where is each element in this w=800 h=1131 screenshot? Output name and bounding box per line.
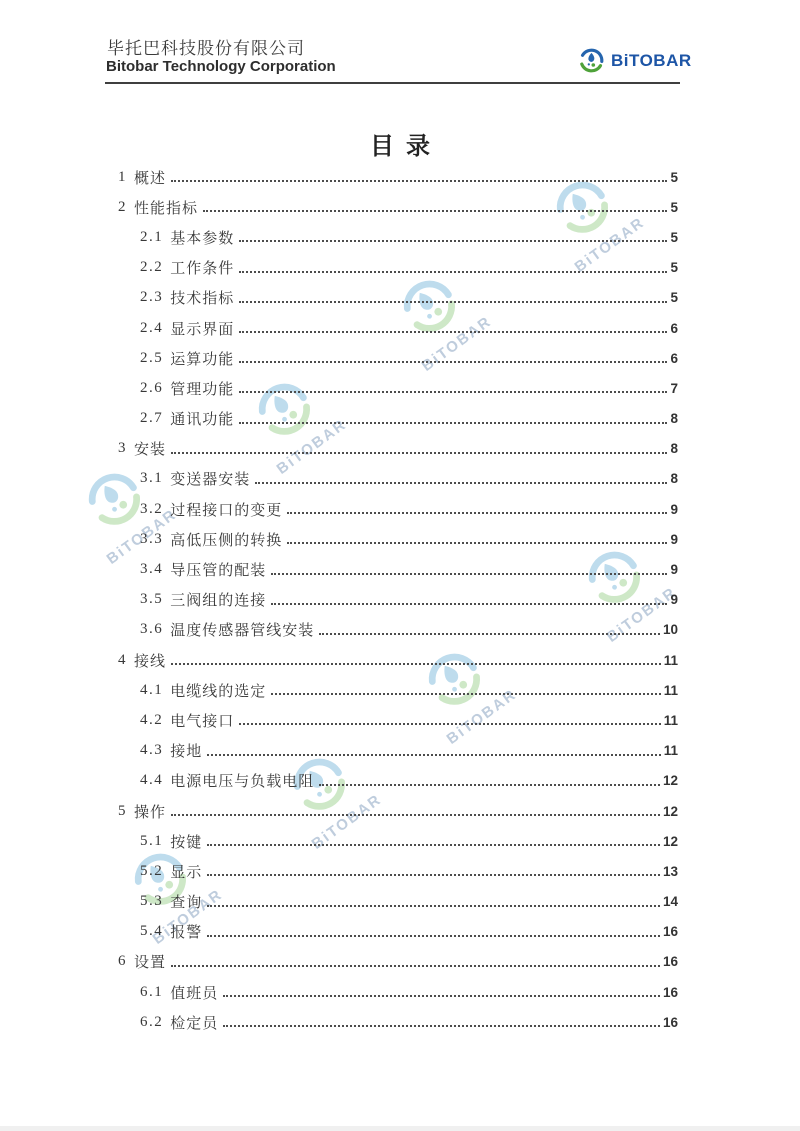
bitobar-logo-icon	[578, 47, 605, 74]
toc-entry-title: 按键	[170, 831, 202, 852]
toc-entry-number: 2.3	[140, 289, 163, 306]
toc-entry: 5.2 显示 13	[118, 856, 678, 886]
toc-title: 目 录	[0, 126, 800, 161]
toc-entry: 2.7 通讯功能 8	[118, 404, 678, 434]
dot-leader	[171, 180, 667, 182]
page-number: 11	[664, 653, 678, 668]
toc-entry-title: 性能指标	[134, 197, 198, 218]
dot-leader	[271, 603, 667, 605]
page-number: 7	[670, 381, 678, 396]
page-number: 5	[670, 260, 678, 275]
toc-entry-number: 3.3	[140, 531, 163, 548]
page-number: 9	[670, 592, 678, 607]
toc-entry-title: 概述	[134, 167, 166, 188]
toc-entry-number: 2.5	[140, 350, 163, 367]
page-number: 12	[663, 804, 678, 819]
toc-entry-number: 2.1	[140, 229, 163, 246]
dot-leader	[207, 905, 660, 907]
page-number: 9	[670, 562, 678, 577]
page-number: 9	[670, 502, 678, 517]
dot-leader	[239, 422, 667, 424]
company-name-en: Bitobar Technology Corporation	[106, 58, 336, 75]
toc-entry-title: 设置	[134, 951, 166, 972]
toc-entry-number: 4.1	[140, 682, 163, 699]
dot-leader	[171, 452, 667, 454]
page-number: 11	[664, 713, 678, 728]
toc-entry: 3.3 高低压侧的转换 9	[118, 524, 678, 554]
toc-entry-number: 5.3	[140, 893, 163, 910]
toc-entry-number: 1	[118, 169, 127, 186]
dot-leader	[239, 301, 667, 303]
toc-entry-title: 技术指标	[170, 287, 234, 308]
toc-entry-number: 6	[118, 953, 127, 970]
toc-entry-title: 接地	[170, 740, 202, 761]
toc-entry-title: 管理功能	[170, 378, 234, 399]
company-logo: BiTOBAR	[578, 47, 692, 74]
toc-entry-number: 5	[118, 803, 127, 820]
toc-entry-title: 温度传感器管线安装	[170, 619, 314, 640]
page-number: 9	[670, 532, 678, 547]
header-divider	[105, 82, 680, 84]
toc-entry-title: 导压管的配装	[170, 559, 266, 580]
dot-leader	[319, 633, 660, 635]
toc-entry-number: 2	[118, 199, 127, 216]
dot-leader	[239, 331, 667, 333]
toc-entry-title: 电缆线的选定	[170, 680, 266, 701]
page-number: 8	[670, 411, 678, 426]
toc-entry: 5.4 报警 16	[118, 917, 678, 947]
toc-entry: 2.5 运算功能 6	[118, 343, 678, 373]
toc-entry-number: 3.2	[140, 501, 163, 518]
dot-leader	[171, 965, 660, 967]
toc-entry: 2.3 技术指标 5	[118, 283, 678, 313]
company-name-cn: 毕托巴科技股份有限公司	[107, 34, 305, 59]
page-number: 5	[670, 230, 678, 245]
dot-leader	[207, 844, 660, 846]
dot-leader	[171, 663, 661, 665]
page-number: 11	[664, 743, 678, 758]
dot-leader	[207, 874, 660, 876]
page-number: 11	[664, 683, 678, 698]
toc-entry-number: 3	[118, 440, 127, 457]
toc-entry: 6.2 检定员 16	[118, 1007, 678, 1037]
toc-entry-title: 电源电压与负载电阻	[170, 770, 314, 791]
toc-entry: 3.2 过程接口的变更 9	[118, 494, 678, 524]
toc-entry: 4 接线 11	[118, 645, 678, 675]
toc-entry-title: 安装	[134, 438, 166, 459]
toc-entry-title: 三阀组的连接	[170, 589, 266, 610]
page-number: 16	[663, 924, 678, 939]
page-number: 5	[670, 170, 678, 185]
dot-leader	[239, 271, 667, 273]
dot-leader	[271, 573, 667, 575]
dot-leader	[171, 814, 660, 816]
toc-entry-title: 显示	[170, 861, 202, 882]
dot-leader	[203, 210, 667, 212]
toc-entry-number: 4.3	[140, 742, 163, 759]
toc-entry-number: 5.2	[140, 863, 163, 880]
toc-entry: 2 性能指标 5	[118, 192, 678, 222]
toc-entry-title: 查询	[170, 891, 202, 912]
toc-entry-title: 工作条件	[170, 257, 234, 278]
toc-entry: 3.6 温度传感器管线安装 10	[118, 615, 678, 645]
dot-leader	[207, 935, 660, 937]
toc-entry: 5 操作 12	[118, 796, 678, 826]
toc-entry-title: 变送器安装	[170, 468, 250, 489]
page-number: 12	[663, 834, 678, 849]
dot-leader	[239, 723, 660, 725]
dot-leader	[239, 240, 667, 242]
toc-entry: 1 概述 5	[118, 162, 678, 192]
page-number: 5	[670, 200, 678, 215]
toc-entry: 2.2 工作条件 5	[118, 253, 678, 283]
toc-entry: 2.4 显示界面 6	[118, 313, 678, 343]
dot-leader	[239, 391, 667, 393]
toc-entry-number: 6.1	[140, 984, 163, 1001]
logo-wordmark: BiTOBAR	[611, 51, 692, 71]
toc-entry: 4.4 电源电压与负载电阻 12	[118, 766, 678, 796]
toc-entry-number: 5.1	[140, 833, 163, 850]
dot-leader	[223, 1025, 660, 1027]
toc-entry-number: 5.4	[140, 923, 163, 940]
toc-entry: 6 设置 16	[118, 947, 678, 977]
toc-entry: 3 安装 8	[118, 434, 678, 464]
toc-entry: 2.6 管理功能 7	[118, 373, 678, 403]
toc-entry-number: 6.2	[140, 1014, 163, 1031]
toc-entry: 3.4 导压管的配装 9	[118, 554, 678, 584]
toc-entry-title: 操作	[134, 801, 166, 822]
toc-entry-number: 2.6	[140, 380, 163, 397]
toc-entry-number: 4.2	[140, 712, 163, 729]
toc-entry-title: 值班员	[170, 982, 218, 1003]
toc-entry-number: 3.4	[140, 561, 163, 578]
toc-entry: 4.1 电缆线的选定 11	[118, 675, 678, 705]
toc-entry-number: 3.1	[140, 470, 163, 487]
page-number: 14	[663, 894, 678, 909]
toc-entry: 6.1 值班员 16	[118, 977, 678, 1007]
page-number: 12	[663, 773, 678, 788]
toc-entry-number: 2.4	[140, 320, 163, 337]
toc-entry-title: 报警	[170, 921, 202, 942]
toc-entry-title: 过程接口的变更	[170, 499, 282, 520]
dot-leader	[223, 995, 660, 997]
page-number: 8	[670, 471, 678, 486]
page-bottom-edge	[0, 1126, 800, 1131]
dot-leader	[287, 542, 667, 544]
toc-entry: 3.5 三阀组的连接 9	[118, 585, 678, 615]
dot-leader	[271, 693, 660, 695]
toc-entry: 5.3 查询 14	[118, 887, 678, 917]
toc-entry-number: 2.7	[140, 410, 163, 427]
toc-entry-number: 4	[118, 652, 127, 669]
toc-entry: 4.3 接地 11	[118, 736, 678, 766]
page-number: 10	[663, 622, 678, 637]
toc-entry-title: 电气接口	[170, 710, 234, 731]
toc-entry-number: 4.4	[140, 772, 163, 789]
dot-leader	[287, 512, 667, 514]
toc-entry-title: 显示界面	[170, 318, 234, 339]
toc-entry: 5.1 按键 12	[118, 826, 678, 856]
toc-entry-title: 基本参数	[170, 227, 234, 248]
page-number: 6	[670, 351, 678, 366]
dot-leader	[319, 784, 660, 786]
dot-leader	[207, 754, 660, 756]
toc-entry-title: 运算功能	[170, 348, 234, 369]
toc-entry-title: 通讯功能	[170, 408, 234, 429]
toc-entry: 4.2 电气接口 11	[118, 705, 678, 735]
page-number: 6	[670, 321, 678, 336]
dot-leader	[255, 482, 667, 484]
toc-entry: 3.1 变送器安装 8	[118, 464, 678, 494]
toc-entry-title: 检定员	[170, 1012, 218, 1033]
page-number: 5	[670, 290, 678, 305]
toc-entry-title: 接线	[134, 650, 166, 671]
page-number: 16	[663, 985, 678, 1000]
page-number: 16	[663, 954, 678, 969]
toc-entry-number: 3.5	[140, 591, 163, 608]
toc-entry-number: 2.2	[140, 259, 163, 276]
toc-entry-title: 高低压侧的转换	[170, 529, 282, 550]
page-number: 16	[663, 1015, 678, 1030]
page-number: 13	[663, 864, 678, 879]
toc-entry: 2.1 基本参数 5	[118, 222, 678, 252]
toc-entry-number: 3.6	[140, 621, 163, 638]
dot-leader	[239, 361, 667, 363]
toc-list: 1 概述 5 2 性能指标 5 2.1 基本参数 5 2.2 工作条件 5 2.…	[118, 162, 678, 1037]
page-number: 8	[670, 441, 678, 456]
